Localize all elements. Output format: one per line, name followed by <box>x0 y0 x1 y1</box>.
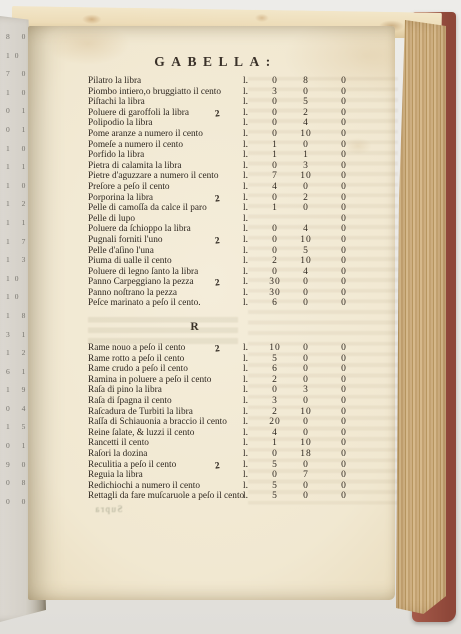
item-name: Porporina la libra <box>88 193 215 204</box>
currency-label: l. <box>241 246 263 257</box>
value-col-3: 0 <box>325 375 363 386</box>
value-col-2: 10 <box>287 438 325 449</box>
value-col-1: 6 <box>263 364 287 375</box>
item-name: Pilatro la libra <box>88 76 215 87</box>
currency-label: l. <box>241 214 263 225</box>
value-col-1: 0 <box>263 246 287 257</box>
annotation-mark-icon <box>214 490 241 504</box>
currency-label: l. <box>241 224 263 235</box>
value-col-1: 5 <box>263 491 287 502</box>
value-col-2: 7 <box>287 470 325 481</box>
currency-label: l. <box>241 171 263 182</box>
value-col-2: 18 <box>287 449 325 460</box>
value-col-2: 0 <box>287 481 325 492</box>
currency-label: l. <box>241 288 263 299</box>
value-col-1: 3 <box>263 87 287 98</box>
value-col-1: 0 <box>263 267 287 278</box>
currency-label: l. <box>241 417 263 428</box>
value-col-1: 0 <box>263 385 287 396</box>
currency-label: l. <box>241 118 263 129</box>
value-col-3: 0 <box>325 491 363 502</box>
value-col-1: 0 <box>263 449 287 460</box>
value-col-3: 0 <box>325 118 363 129</box>
value-col-1: 2 <box>263 256 287 267</box>
currency-label: l. <box>241 150 263 161</box>
item-name: Peſce marinato a peſo il cento. <box>88 298 215 309</box>
value-col-3: 0 <box>325 460 363 471</box>
item-name: Piſtachi la libra <box>88 97 215 108</box>
item-name: Poluere da ſchioppo la libra <box>88 224 215 235</box>
item-name: Pelle di lupo <box>88 214 215 225</box>
value-col-3: 0 <box>325 171 363 182</box>
item-name: Reguia la libra <box>88 470 215 481</box>
item-name: Pelle d'aſino l'una <box>88 246 215 257</box>
tariff-table-section-r: Rame nouo a peſo il cento2l.1000Rame rot… <box>88 343 388 502</box>
item-name: Piombo intiero,o bruggiatto il cento <box>88 87 215 98</box>
value-col-2: 10 <box>287 129 325 140</box>
currency-label: l. <box>241 277 263 288</box>
currency-label: l. <box>241 87 263 98</box>
item-name: Raſori la dozina <box>88 449 215 460</box>
value-col-1: 0 <box>263 235 287 246</box>
value-col-1: 5 <box>263 354 287 365</box>
value-col-3: 0 <box>325 182 363 193</box>
item-name: Ramina in poluere a peſo il cento <box>88 375 215 386</box>
item-name: Redichiochi a numero il cento <box>88 481 215 492</box>
value-col-2: 0 <box>287 343 325 354</box>
currency-label: l. <box>241 428 263 439</box>
item-name: Raſa di ſpagna il cento <box>88 396 215 407</box>
item-name: Polipodio la libra <box>88 118 215 129</box>
item-name: Panno Carpeggiano la pezza <box>88 277 215 288</box>
value-col-1: 7 <box>263 171 287 182</box>
value-col-3: 0 <box>325 214 363 225</box>
value-col-2: 0 <box>287 140 325 151</box>
currency-label: l. <box>241 449 263 460</box>
value-col-3: 0 <box>325 267 363 278</box>
value-col-1: 0 <box>263 193 287 204</box>
value-col-2: 10 <box>287 235 325 246</box>
value-col-3: 0 <box>325 193 363 204</box>
value-col-3: 0 <box>325 364 363 375</box>
value-col-3: 0 <box>325 246 363 257</box>
value-col-3: 0 <box>325 298 363 309</box>
currency-label: l. <box>241 140 263 151</box>
item-name: Reculitia a peſo il cento <box>88 460 215 471</box>
value-col-1: 30 <box>263 288 287 299</box>
value-col-3: 0 <box>325 396 363 407</box>
currency-label: l. <box>241 481 263 492</box>
value-col-1: 0 <box>263 224 287 235</box>
photo-background: 8 010 17 01 00 10 141 01 11 01 21 11 71 … <box>0 0 461 634</box>
value-col-2: 3 <box>287 161 325 172</box>
value-col-3: 0 <box>325 481 363 492</box>
value-col-3: 0 <box>325 235 363 246</box>
value-col-3: 0 <box>325 428 363 439</box>
value-col-2: 0 <box>287 182 325 193</box>
value-col-1: 0 <box>263 108 287 119</box>
currency-label: l. <box>241 343 263 354</box>
currency-label: l. <box>241 76 263 87</box>
value-col-3: 0 <box>325 407 363 418</box>
value-col-1: 2 <box>263 375 287 386</box>
annotation-mark-icon <box>214 297 241 311</box>
currency-label: l. <box>241 203 263 214</box>
value-col-1: 1 <box>263 438 287 449</box>
currency-label: l. <box>241 97 263 108</box>
value-col-1: 0 <box>263 76 287 87</box>
currency-label: l. <box>241 491 263 502</box>
currency-label: l. <box>241 438 263 449</box>
tariff-table-section-p: Pilatro la libral.080Piombo intiero,o br… <box>88 76 388 309</box>
item-name: Pelle di camoſſa da calce il paro <box>88 203 215 214</box>
table-rows: Pilatro la libral.080Piombo intiero,o br… <box>88 76 388 309</box>
item-name: Raſſa di Schiauonia a braccio il cento <box>88 417 215 428</box>
value-col-1 <box>263 214 287 225</box>
value-col-3: 0 <box>325 108 363 119</box>
page-title: GABELLA: <box>28 54 395 70</box>
item-name: Reine ſalate, & luzzi il cento <box>88 428 215 439</box>
currency-label: l. <box>241 298 263 309</box>
value-col-3: 0 <box>325 203 363 214</box>
value-col-2: 10 <box>287 171 325 182</box>
item-name: Pomeſe a numero il cento <box>88 140 215 151</box>
value-col-1: 5 <box>263 460 287 471</box>
item-name: Rancetti il cento <box>88 438 215 449</box>
value-col-3: 0 <box>325 417 363 428</box>
value-col-3: 0 <box>325 161 363 172</box>
value-col-2: 0 <box>287 364 325 375</box>
value-col-1: 1 <box>263 150 287 161</box>
item-name: Pome aranze a numero il cento <box>88 129 215 140</box>
currency-label: l. <box>241 460 263 471</box>
item-name: Porfido la libra <box>88 150 215 161</box>
value-col-1: 30 <box>263 277 287 288</box>
value-col-3: 0 <box>325 129 363 140</box>
value-col-2: 8 <box>287 76 325 87</box>
item-name: Pietre d'aguzzare a numero il cento <box>88 171 215 182</box>
value-col-1: 6 <box>263 298 287 309</box>
bleedthrough-catchword: Supra <box>94 504 123 514</box>
value-col-3: 0 <box>325 438 363 449</box>
currency-label: l. <box>241 235 263 246</box>
table-row: Peſce marinato a peſo il cento.l.600 <box>88 298 388 309</box>
value-col-2: 0 <box>287 288 325 299</box>
currency-label: l. <box>241 375 263 386</box>
value-col-3: 0 <box>325 385 363 396</box>
value-col-2: 0 <box>287 203 325 214</box>
value-col-2: 0 <box>287 417 325 428</box>
item-name: Poluere di garoffoli la libra <box>88 108 215 119</box>
value-col-2: 5 <box>287 97 325 108</box>
currency-label: l. <box>241 267 263 278</box>
value-col-3: 0 <box>325 224 363 235</box>
value-col-2 <box>287 214 325 225</box>
value-col-1: 20 <box>263 417 287 428</box>
value-col-3: 0 <box>325 288 363 299</box>
value-col-1: 1 <box>263 140 287 151</box>
item-name: Raſcadura de Turbiti la libra <box>88 407 215 418</box>
value-col-3: 0 <box>325 97 363 108</box>
value-col-3: 0 <box>325 87 363 98</box>
table-row: Rettagli da fare muſcaruole a peſo il ce… <box>88 491 388 502</box>
item-name: Raſa di pino la libra <box>88 385 215 396</box>
currency-label: l. <box>241 193 263 204</box>
value-col-1: 2 <box>263 407 287 418</box>
currency-label: l. <box>241 385 263 396</box>
item-name: Preſore a peſo il cento <box>88 182 215 193</box>
currency-label: l. <box>241 364 263 375</box>
value-col-1: 0 <box>263 118 287 129</box>
page-block-fore-edge <box>396 20 446 614</box>
item-name: Piuma di ualle il cento <box>88 256 215 267</box>
value-col-1: 5 <box>263 481 287 492</box>
value-col-2: 0 <box>287 354 325 365</box>
value-col-2: 10 <box>287 256 325 267</box>
value-col-3: 0 <box>325 140 363 151</box>
currency-label: l. <box>241 256 263 267</box>
value-col-3: 0 <box>325 277 363 288</box>
value-col-3: 0 <box>325 470 363 481</box>
currency-label: l. <box>241 161 263 172</box>
value-col-2: 0 <box>287 491 325 502</box>
value-col-1: 0 <box>263 470 287 481</box>
item-name: Rame nouo a peſo il cento <box>88 343 215 354</box>
item-name: Pugnali forniti l'uno <box>88 235 215 246</box>
value-col-1: 4 <box>263 428 287 439</box>
value-col-3: 0 <box>325 354 363 365</box>
value-col-3: 0 <box>325 449 363 460</box>
currency-label: l. <box>241 354 263 365</box>
value-col-3: 0 <box>325 256 363 267</box>
value-col-2: 1 <box>287 150 325 161</box>
value-col-2: 4 <box>287 118 325 129</box>
value-col-2: 0 <box>287 375 325 386</box>
value-col-2: 4 <box>287 267 325 278</box>
item-name: Poluere di legno ſanto la libra <box>88 267 215 278</box>
value-col-1: 4 <box>263 182 287 193</box>
table-rows: Rame nouo a peſo il cento2l.1000Rame rot… <box>88 343 388 502</box>
value-col-2: 2 <box>287 193 325 204</box>
value-col-2: 4 <box>287 224 325 235</box>
value-col-2: 2 <box>287 108 325 119</box>
currency-label: l. <box>241 108 263 119</box>
value-col-3: 0 <box>325 150 363 161</box>
value-col-1: 1 <box>263 203 287 214</box>
value-col-1: 10 <box>263 343 287 354</box>
value-col-2: 0 <box>287 396 325 407</box>
value-col-2: 0 <box>287 277 325 288</box>
book-page: GABELLA: Pilatro la libral.080Piombo int… <box>28 26 395 600</box>
value-col-2: 0 <box>287 298 325 309</box>
currency-label: l. <box>241 470 263 481</box>
value-col-2: 0 <box>287 428 325 439</box>
currency-label: l. <box>241 182 263 193</box>
currency-label: l. <box>241 396 263 407</box>
item-name: Rettagli da fare muſcaruole a peſo il ce… <box>88 491 215 502</box>
section-heading-r: R <box>28 321 362 333</box>
value-col-2: 5 <box>287 246 325 257</box>
value-col-1: 0 <box>263 129 287 140</box>
value-col-2: 10 <box>287 407 325 418</box>
item-name: Rame crudo a peſo il cento <box>88 364 215 375</box>
value-col-1: 0 <box>263 161 287 172</box>
currency-label: l. <box>241 407 263 418</box>
value-col-3: 0 <box>325 343 363 354</box>
item-name: Panno noſtrano la pezza <box>88 288 215 299</box>
item-name: Rame rotto a peſo il cento <box>88 354 215 365</box>
value-col-2: 0 <box>287 87 325 98</box>
currency-label: l. <box>241 129 263 140</box>
value-col-2: 3 <box>287 385 325 396</box>
value-col-1: 0 <box>263 97 287 108</box>
value-col-1: 3 <box>263 396 287 407</box>
value-col-3: 0 <box>325 76 363 87</box>
value-col-2: 0 <box>287 460 325 471</box>
item-name: Pietra di calamita la libra <box>88 161 215 172</box>
